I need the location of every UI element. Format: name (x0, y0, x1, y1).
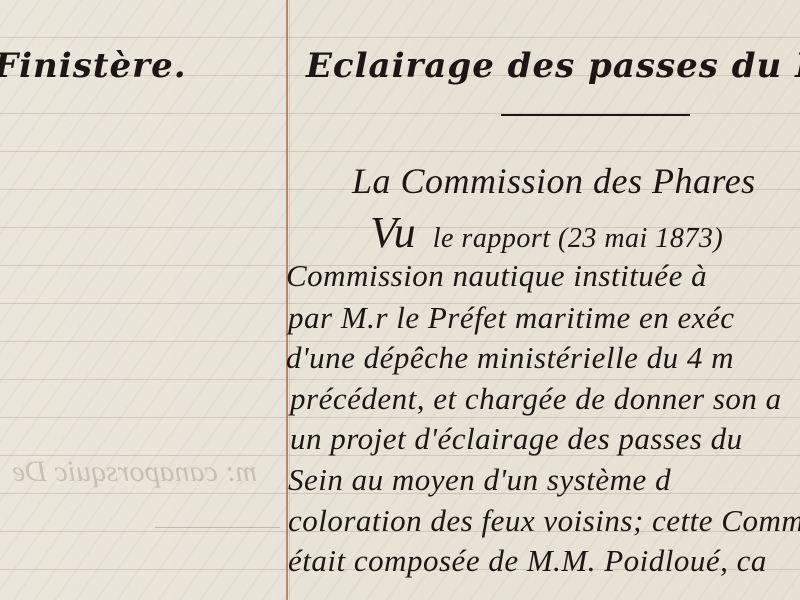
line-8: coloration des feux voisins; cette Comm (288, 503, 800, 539)
line-1: Vu le rapport (23 mai 1873) (370, 207, 723, 258)
line-3: par M.r le Préfet maritime en exéc (288, 300, 735, 336)
line-4: d'une dépêche ministérielle du 4 m (286, 340, 734, 376)
line-9: était composée de M.M. Poidloué, ca (288, 543, 767, 579)
left-page-heading: Finistère. (0, 46, 187, 86)
preamble: La Commission des Phares (352, 160, 756, 202)
line-5: précédent, et chargée de donner son a (290, 381, 782, 417)
faint-rule (155, 527, 280, 528)
document-title: Eclairage des passes du Raz-de (306, 46, 800, 86)
lead-word: Vu (370, 208, 416, 257)
line-7: Sein au moyen d'un système d (288, 462, 671, 498)
bleed-through-text: m: canaporsquic De (12, 455, 257, 489)
line-6: un projet d'éclairage des passes du (290, 421, 743, 457)
title-underline (501, 114, 690, 116)
line-text: le rapport (23 mai 1873) (433, 223, 723, 254)
line-2: Commission nautique instituée à (286, 258, 707, 294)
